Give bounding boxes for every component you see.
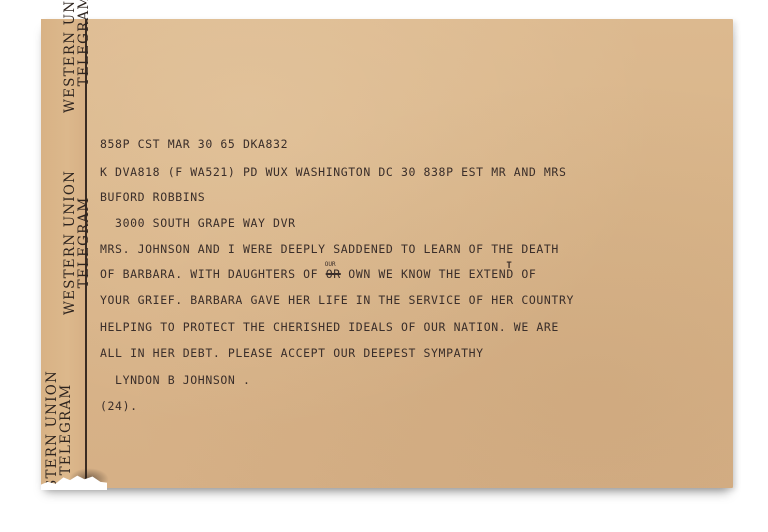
brand-mark-middle: WESTERN UNION TELEGRAM	[63, 170, 91, 315]
typed-correction: OROUR	[326, 266, 341, 282]
brand-line-2: TELEGRAM	[77, 170, 91, 315]
brand-line-1: WESTERN UNION	[63, 0, 77, 113]
overtyped-char: DT	[506, 266, 514, 282]
body-text: OF	[514, 267, 537, 281]
brand-line-1: WESTERN UNION	[63, 170, 77, 315]
telegram-paper: WESTERN UNION TELEGRAM WESTERN UNION TEL…	[41, 19, 733, 488]
header-line-2: K DVA818 (F WA521) PD WUX WASHINGTON DC …	[100, 164, 566, 180]
body-line-1: MRS. JOHNSON AND I WERE DEEPLY SADDENED …	[100, 241, 559, 257]
header-line-1: 858P CST MAR 30 65 DKA832	[100, 136, 288, 152]
word-count: (24).	[100, 398, 138, 414]
recipient-name: BUFORD ROBBINS	[100, 189, 205, 205]
correction-text: OUR	[325, 257, 336, 273]
body-line-5: ALL IN HER DEBT. PLEASE ACCEPT OUR DEEPE…	[100, 345, 484, 361]
telegram-message: 858P CST MAR 30 65 DKA832 K DVA818 (F WA…	[100, 19, 720, 201]
body-text: OWN WE KNOW THE EXTEN	[341, 267, 507, 281]
recipient-address: 3000 SOUTH GRAPE WAY DVR	[100, 215, 296, 231]
body-text: OF BARBARA. WITH DAUGHTERS OF	[100, 267, 326, 281]
correction-mark: T	[506, 258, 512, 274]
body-line-4: HELPING TO PROTECT THE CHERISHED IDEALS …	[100, 319, 559, 335]
brand-mark-top: WESTERN UNION TELEGRAM	[63, 0, 91, 113]
signature: LYNDON B JOHNSON .	[100, 372, 250, 388]
brand-line-2: TELEGRAM	[77, 0, 91, 113]
body-line-2: OF BARBARA. WITH DAUGHTERS OF OROUR OWN …	[100, 266, 536, 282]
body-line-3: YOUR GRIEF. BARBARA GAVE HER LIFE IN THE…	[100, 292, 574, 308]
brand-line-1: STERN UNION	[45, 370, 59, 489]
